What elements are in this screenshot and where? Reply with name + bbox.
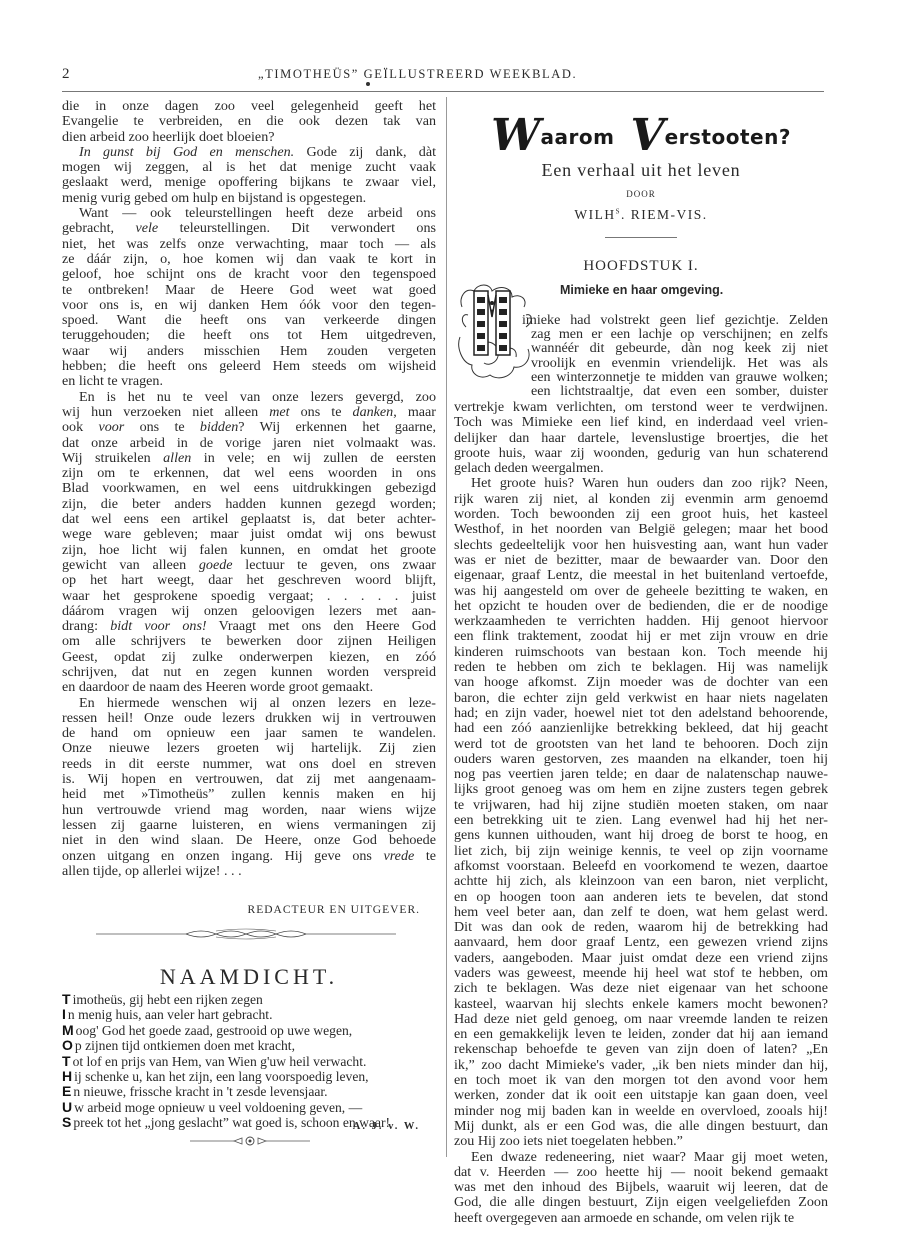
poem-line: Timotheüs, gij hebt een rijken zegen (62, 992, 436, 1007)
poem-line-text: n menig huis, aan veler hart gebracht. (68, 1007, 273, 1022)
text-line: voor ons is, en wij danken Hem óók voor … (62, 298, 436, 313)
text-line: heeft overgegeven aan armoede en schande… (454, 1211, 828, 1226)
poem-line: Hij schenke u, kan het zijn, een lang vo… (62, 1069, 436, 1084)
text-line: heid met »Timotheüs” zullen kennis maken… (62, 787, 436, 802)
text-line: wij hun verzoeken niet alleen met ons te… (62, 405, 436, 420)
author-first: WILH (574, 207, 615, 222)
text-line: zich te beklagen. Was deze niet eigenaar… (454, 981, 828, 996)
text-line: niet, het was zelfs onze verwachting, ma… (62, 237, 436, 252)
text-line: liet zich, bij zijn weinige kennis, te v… (454, 844, 828, 859)
text-line: was hij aangesteld om over de geheele be… (454, 584, 828, 599)
text-line: gebracht, vele teleurstellingen. Dit ver… (62, 221, 436, 236)
text-line: en een gemakkelijk leven te leiden, zond… (454, 1027, 828, 1042)
text-line: ze dáár zijn, o, hoe komen wij dan vaak … (62, 252, 436, 267)
text-line: dat v. Heerden — zoo heette hij — nooit … (454, 1165, 828, 1180)
acrostic-capital: I (62, 1006, 66, 1022)
text-line: zijn, hoe licht wij falen kunnen, en omd… (62, 543, 436, 558)
text-line: delijker dan haar dartele, levenslustige… (454, 431, 828, 446)
text-line: wege ware gebleven; maar juist omdat wij… (62, 527, 436, 542)
title-initial-w: W (491, 110, 540, 161)
poem-signature: A. J. v. W. (62, 1121, 420, 1132)
text-line: zijn om te erkennen, dat wel eens woorde… (62, 466, 436, 481)
poem-line-text: ot lof en prijs van Hem, van Wien g'uw h… (73, 1054, 367, 1069)
text-line: Wij struikelen allen in vele; en wij zul… (62, 451, 436, 466)
text-line: Een dwaze redeneering, niet waar? Maar g… (454, 1150, 828, 1165)
text-line: om alle schrijvers te bewerken door zijn… (62, 634, 436, 649)
text-line: spoed. Want die heeft ons van verkeerde … (62, 313, 436, 328)
text-line: gewicht van alleen goede lectuur te geve… (62, 558, 436, 573)
text-line: baron, die echter zijn geld verkwist en … (454, 691, 828, 706)
text-line: worden. Toch bewoonden zij een groot hui… (454, 507, 828, 522)
text-line: Het groote huis? Waren hun ouders dan zo… (454, 476, 828, 491)
text-line: een flink traktement, zoodat hij er met … (454, 629, 828, 644)
poem-line-text: ij schenke u, kan het zijn, een lang voo… (74, 1069, 368, 1084)
title-word2-rest: erstooten? (665, 125, 791, 149)
text-line: achtte hij zich, als kleinzoon van een b… (454, 874, 828, 889)
text-line: vaders was geweest, meende hij heel wat … (454, 966, 828, 981)
paragraph: vertrekje kwam verlichten, om terstond w… (454, 400, 828, 476)
text-line: een winterzonnetje te midden van grauwe … (456, 370, 828, 384)
story-subtitle: Een verhaal uit het leven (454, 160, 828, 181)
poem-line-text: p zijnen tijd ontkiemen doen met kracht, (75, 1038, 295, 1053)
text-line: had; en zijn vader, hoewel niet tot den … (454, 706, 828, 721)
text-line: het opzicht te houden over de bedienden,… (454, 599, 828, 614)
text-line: te vrijwaren, had hij zijne studiën moet… (454, 798, 828, 813)
paragraph: die in onze dagen zoo veel gelegenheid g… (62, 99, 436, 145)
paragraph: Een dwaze redeneering, niet waar? Maar g… (454, 1150, 828, 1226)
text-line: Toch was Mimieke een lief kind, en inder… (454, 415, 828, 430)
text-line: die in onze dagen zoo veel gelegenheid g… (62, 99, 436, 114)
by-label: DOOR (454, 189, 828, 199)
acrostic-capital: U (62, 1099, 72, 1115)
text-line: geslaakt werd, menige opoffering bijkans… (62, 175, 436, 190)
text-line: een lichtstraaltje, dat even een somber,… (456, 384, 828, 398)
editorial-signature: REDACTEUR EN UITGEVER. (62, 904, 420, 916)
text-line: is. Wij hopen en vertrouwen, dat zij met… (62, 772, 436, 787)
text-line: slechts gedeeltelijk voor hen huisvestin… (454, 538, 828, 553)
text-line: allen tijde, op allerlei wijze! . . . (62, 864, 436, 879)
text-line: dat onze arbeid in de vorige jaren niet … (62, 436, 436, 451)
text-line: ouders waren gestorven, zes maanden na e… (454, 752, 828, 767)
text-line: en op hoogen toon aan anderen iets te be… (454, 890, 828, 905)
author-rest: . RIEM-VIS. (621, 207, 708, 222)
text-line: op het hart weegt, daar het geschreven w… (62, 573, 436, 588)
text-line: vroolijk en evenmin vriendelijk. Het was… (456, 356, 828, 370)
running-head: „TIMOTHEÜS” GEÏLLUSTREERD WEEKBLAD. (258, 67, 577, 82)
text-line: geloof, hoe schijnt ons de kracht voor d… (62, 267, 436, 282)
text-line: minder nog mij baden kan in weelde en ov… (454, 1104, 828, 1119)
story-title: Waarom Verstooten? (454, 104, 828, 155)
text-line: Geest, opdat zij zulke onderwerpen kieze… (62, 650, 436, 665)
text-line: En is het nu te veel van onze lezers gev… (62, 390, 436, 405)
text-line: Had deze niet geld genoeg, om naar vreem… (454, 1012, 828, 1027)
editorial-column: die in onze dagen zoo veel gelegenheid g… (62, 99, 436, 879)
title-rule (605, 237, 677, 238)
poem-line: Tot lof en prijs van Hem, van Wien g'uw … (62, 1054, 436, 1069)
text-line: had een zóó aanzienlijke betrekking bekl… (454, 721, 828, 736)
paragraph: En hiermede wenschen wij al onzen lezers… (62, 696, 436, 880)
text-line: kinderen ruimschoots van bestaan kon. To… (454, 645, 828, 660)
text-line: niet in den wind slaan. De Heere, onze G… (62, 833, 436, 848)
header-dot-ornament (366, 82, 370, 86)
text-line: afkomst voorstaan. Beleefd en voorkomend… (454, 859, 828, 874)
acrostic-capital: O (62, 1037, 73, 1053)
text-line: was er niet de bezitter, maar de bewaard… (454, 553, 828, 568)
text-line: rekenschap behoefde te geven van zijn do… (454, 1042, 828, 1057)
column-divider-rule (446, 97, 447, 1157)
text-line: werken, zonder dat ik ooit een uitstapje… (454, 1088, 828, 1103)
chapter-heading: HOOFDSTUK I. (454, 258, 828, 275)
text-line: van hooge afkomst. Zijn moeder was de do… (454, 675, 828, 690)
page-number: 2 (62, 66, 70, 83)
text-line: gens kunnen uithouden, want hij droeg de… (454, 828, 828, 843)
poem-line: Moog' God het goede zaad, gestrooid op u… (62, 1023, 436, 1038)
text-line: Westhof, in het noorden van België geleg… (454, 522, 828, 537)
text-line: menig vurig gebed om hulp en bijstand is… (62, 191, 436, 206)
text-line: rijk waren zij niet, al konden zij evenm… (454, 492, 828, 507)
text-line: mogen wij zeggen, al is het dat menige z… (62, 160, 436, 175)
text-line: groote huis, waar zij woonden, gedurig v… (454, 446, 828, 461)
small-ornament-icon (190, 1135, 310, 1147)
text-line: dat wel eens een artikel geplaatst is, d… (62, 512, 436, 527)
paragraph: Want — ook teleurstellingen heeft deze a… (62, 206, 436, 390)
poem-line: In menig huis, aan veler hart gebracht. (62, 1007, 436, 1022)
chapter-title: Mimieke en haar omgeving. (560, 283, 723, 297)
text-line: kasteel, waarvan hij slechts enkele kame… (454, 997, 828, 1012)
text-line: zijn, die beter anders hadden kunnen gez… (62, 497, 436, 512)
paragraph: En is het nu te veel van onze lezers gev… (62, 390, 436, 696)
acrostic-capital: T (62, 1053, 71, 1069)
poem-title: NAAMDICHT. (62, 964, 436, 990)
text-line: ressen heil! Onze oude lezers drukken wi… (62, 711, 436, 726)
text-line: Evangelie te verbreiden, en die ook deze… (62, 114, 436, 129)
text-line: waar wij anders misschien Hem zouden ver… (62, 344, 436, 359)
text-line: werd tot de grootsten van het land te be… (454, 737, 828, 752)
text-line: werkzaamheden te verrichten hadden. Hij … (454, 614, 828, 629)
title-initial-v: V (630, 110, 664, 161)
acrostic-poem: Timotheüs, gij hebt een rijken zegenIn m… (62, 992, 436, 1131)
text-line: reeds in dit eerste nummer, wat ons doel… (62, 757, 436, 772)
text-line: Blad voorkwamen, en wel eens uitdrukking… (62, 481, 436, 496)
text-line: onzen uitgang en onzen ingang. Hij geve … (62, 849, 436, 864)
text-line: zag men er een lachje op verschijnen; en… (456, 327, 828, 341)
text-line: dáárom vragen wij onzen geloovigen lezer… (62, 604, 436, 619)
text-line: vaders, aangeboden. Maar juist omdat dez… (454, 951, 828, 966)
ornamental-divider-icon (96, 928, 396, 940)
author-name: WILHS. RIEM-VIS. (454, 207, 828, 223)
poem-line-text: imotheüs, gij hebt een rijken zegen (73, 992, 263, 1007)
paragraph: Het groote huis? Waren hun ouders dan zo… (454, 476, 828, 1149)
text-line: In gunst bij God en menschen. Gode zij d… (62, 145, 436, 160)
poem-line-text: oog' God het goede zaad, gestrooid op uw… (76, 1023, 353, 1038)
text-line: aanvaard, hem door graaf Lentz, een gewe… (454, 935, 828, 950)
text-line: eigenaar, graaf Lentz, die meestal in he… (454, 568, 828, 583)
title-word1-rest: aarom (541, 125, 615, 149)
text-line: en licht te vragen. (62, 374, 436, 389)
text-line: reden te hebben om zich te beklagen. Hij… (454, 660, 828, 675)
text-line: hebben; die heeft ons geleerd Hem steeds… (62, 359, 436, 374)
text-line: Want — ook teleurstellingen heeft deze a… (62, 206, 436, 221)
text-line: Onze nieuwe lezers groeten wij hartelijk… (62, 741, 436, 756)
text-line: Dit was dan ook de reden, waarom hij de … (454, 920, 828, 935)
text-line: imieke had volstrekt geen lief gezichtje… (456, 313, 828, 327)
text-line: ik,” zoo dacht Mimieke's vader, „ik ben … (454, 1058, 828, 1073)
text-line: drang: bidt voor ons! Vraagt met ons den… (62, 619, 436, 634)
poem-line: Op zijnen tijd ontkiemen doen met kracht… (62, 1038, 436, 1053)
story-body: vertrekje kwam verlichten, om terstond w… (454, 400, 828, 1226)
text-line: lijks groot genoeg was om hem en zijne z… (454, 782, 828, 797)
text-line: lessen zij gaarne luisteren, en wiens ve… (62, 818, 436, 833)
acrostic-capital: T (62, 991, 71, 1007)
text-line: gelach deden weergalmen. (454, 461, 828, 476)
acrostic-capital: H (62, 1068, 72, 1084)
text-line: wannéér dit gebeurde, dàn nog keek zij n… (456, 341, 828, 355)
text-line: hem veel beter aan, dan zelf te doen, wa… (454, 905, 828, 920)
paragraph: In gunst bij God en menschen. Gode zij d… (62, 145, 436, 206)
text-line: een betrekking uit te zien. Lang evenwel… (454, 813, 828, 828)
text-line: de hand om opnieuw een jaar samen te wan… (62, 726, 436, 741)
text-line: teruggehouden; die heeft ons tot Hem uit… (62, 328, 436, 343)
poem-line: Uw arbeid moge opnieuw u veel voldoening… (62, 1100, 436, 1115)
text-line: ook voor ons te bidden? Wij erkennen het… (62, 420, 436, 435)
text-line: waar het gesprokene spoedig vergaat; . .… (62, 589, 436, 604)
poem-line-text: w arbeid moge opnieuw u veel voldoening … (74, 1100, 362, 1115)
text-line: en toch moet ik van den morgen tot den a… (454, 1073, 828, 1088)
acrostic-capital: M (62, 1022, 74, 1038)
text-line: En hiermede wenschen wij al onzen lezers… (62, 696, 436, 711)
text-line: vertrekje kwam verlichten, om terstond w… (454, 400, 828, 415)
text-line: hun vertrouwde vriend mag worden, naar w… (62, 803, 436, 818)
poem-line-text: n nieuwe, frissche kracht in 't zesde le… (73, 1084, 327, 1099)
text-line: te ontbreken! Maar de Heere God weet wat… (62, 283, 436, 298)
acrostic-capital: E (62, 1083, 71, 1099)
text-line: God, die alle dingen bestuurt, Zijn eige… (454, 1195, 828, 1210)
poem-line: En nieuwe, frissche kracht in 't zesde l… (62, 1084, 436, 1099)
text-line: was met den inhoud des Bijbels, waaruit … (454, 1180, 828, 1195)
text-line: en daardoor de naam des Heeren worde gro… (62, 680, 436, 695)
text-line: nog pas veertien jaren telde; en daar de… (454, 767, 828, 782)
text-line: schrijven, dat nut en zegen kunnen worde… (62, 665, 436, 680)
text-line: dien arbeid zoo heerlijk doet bloeien? (62, 130, 436, 145)
header-rule (62, 91, 824, 92)
text-line: zou Hij zoo iets niet toegelaten hebben.… (454, 1134, 828, 1149)
dropcap-paragraph: imieke had volstrekt geen lief gezichtje… (456, 313, 828, 398)
text-line: Mij dunkt, als er een God was, die alle … (454, 1119, 828, 1134)
